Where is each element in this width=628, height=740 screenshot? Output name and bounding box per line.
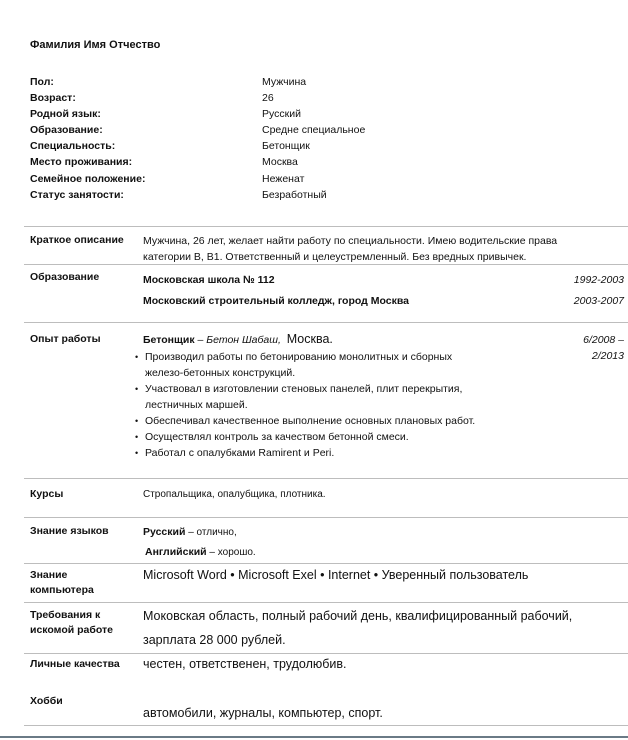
job-period: 6/2008 – 2/2013: [583, 332, 624, 364]
experience-label: Опыт работы: [30, 332, 135, 347]
native-language-value: Русский: [262, 108, 301, 120]
job-city: Москва.: [287, 332, 333, 346]
page-bottom-border: [0, 736, 628, 738]
education-institution: Московская школа № 112: [143, 272, 275, 288]
education-period: 2003-2007: [574, 293, 624, 309]
requirements-line: зарплата 28 000 рублей.: [143, 630, 286, 650]
hobbies-label: Хобби: [30, 694, 135, 709]
gender-value: Мужчина: [262, 76, 306, 88]
language-item: Русский – отлично,: [143, 524, 237, 541]
job-title-line: Бетонщик – Бетон Шабаш, Москва.: [143, 331, 333, 348]
section-divider: [24, 602, 628, 603]
qualities-label: Личные качества: [30, 657, 135, 672]
section-divider: [24, 563, 628, 564]
section-divider: [24, 725, 628, 726]
requirements-line: Моковская область, полный рабочий день, …: [143, 606, 572, 626]
marital-status-value: Неженат: [262, 173, 304, 185]
residence-label: Место проживания:: [30, 156, 132, 168]
duty-item: Производил работы по бетонированию монол…: [133, 349, 475, 381]
summary-line: Мужчина, 26 лет, желает найти работу по …: [143, 233, 557, 249]
duty-item: Обеспечивал качественное выполнение осно…: [133, 413, 475, 429]
employment-status-label: Статус занятости:: [30, 189, 124, 201]
requirements-label: Требования к искомой работе: [30, 608, 135, 638]
specialty-value: Бетонщик: [262, 140, 310, 152]
summary-line: категории В, В1. Ответственный и целеуст…: [143, 249, 557, 265]
duty-item: Осуществлял контроль за качеством бетонн…: [133, 429, 475, 445]
courses-value: Стропальщика, опалубщика, плотника.: [143, 487, 326, 503]
education-institution: Московский строительный колледж, город М…: [143, 293, 409, 309]
job-position: Бетонщик: [143, 334, 195, 346]
courses-label: Курсы: [30, 487, 135, 502]
job-period-start: 6/2008 –: [583, 332, 624, 348]
duty-item: Работал с опалубками Ramirent и Peri.: [133, 445, 475, 461]
job-period-end: 2/2013: [583, 348, 624, 364]
marital-status-label: Семейное положение:: [30, 173, 145, 185]
language-level: – хорошо.: [207, 547, 256, 558]
section-divider: [24, 478, 628, 479]
age-value: 26: [262, 92, 274, 104]
languages-label: Знание языков: [30, 524, 135, 539]
computer-label: Знание компьютера: [30, 568, 135, 598]
employment-status-value: Безработный: [262, 189, 327, 201]
specialty-label: Специальность:: [30, 140, 115, 152]
education-period: 1992-2003: [574, 272, 624, 288]
duty-item: Участвовал в изготовлении стеновых панел…: [133, 381, 475, 413]
section-divider: [24, 517, 628, 518]
language-level: – отлично,: [185, 527, 236, 538]
gender-label: Пол:: [30, 76, 54, 88]
language-item: Английский – хорошо.: [145, 544, 256, 561]
education-level-value: Средне специальное: [262, 124, 365, 136]
summary-text: Мужчина, 26 лет, желает найти работу по …: [143, 233, 557, 265]
hobbies-value: автомобили, журналы, компьютер, спорт.: [143, 703, 383, 723]
qualities-value: честен, ответственен, трудолюбив.: [143, 654, 347, 674]
language-name: Английский: [145, 546, 207, 558]
section-divider: [24, 226, 628, 227]
job-company: Бетон Шабаш,: [206, 334, 281, 346]
education-label: Образование: [30, 270, 135, 285]
full-name: Фамилия Имя Отчество: [30, 39, 160, 51]
education-level-label: Образование:: [30, 124, 103, 136]
computer-value: Microsoft Word • Microsoft Exel • Intern…: [143, 565, 528, 585]
language-name: Русский: [143, 526, 185, 538]
job-duties: Производил работы по бетонированию монол…: [133, 349, 475, 461]
section-divider: [24, 322, 628, 323]
age-label: Возраст:: [30, 92, 76, 104]
summary-label: Краткое описание: [30, 233, 135, 248]
job-dash: –: [195, 334, 207, 346]
residence-value: Москва: [262, 156, 298, 168]
native-language-label: Родной язык:: [30, 108, 101, 120]
